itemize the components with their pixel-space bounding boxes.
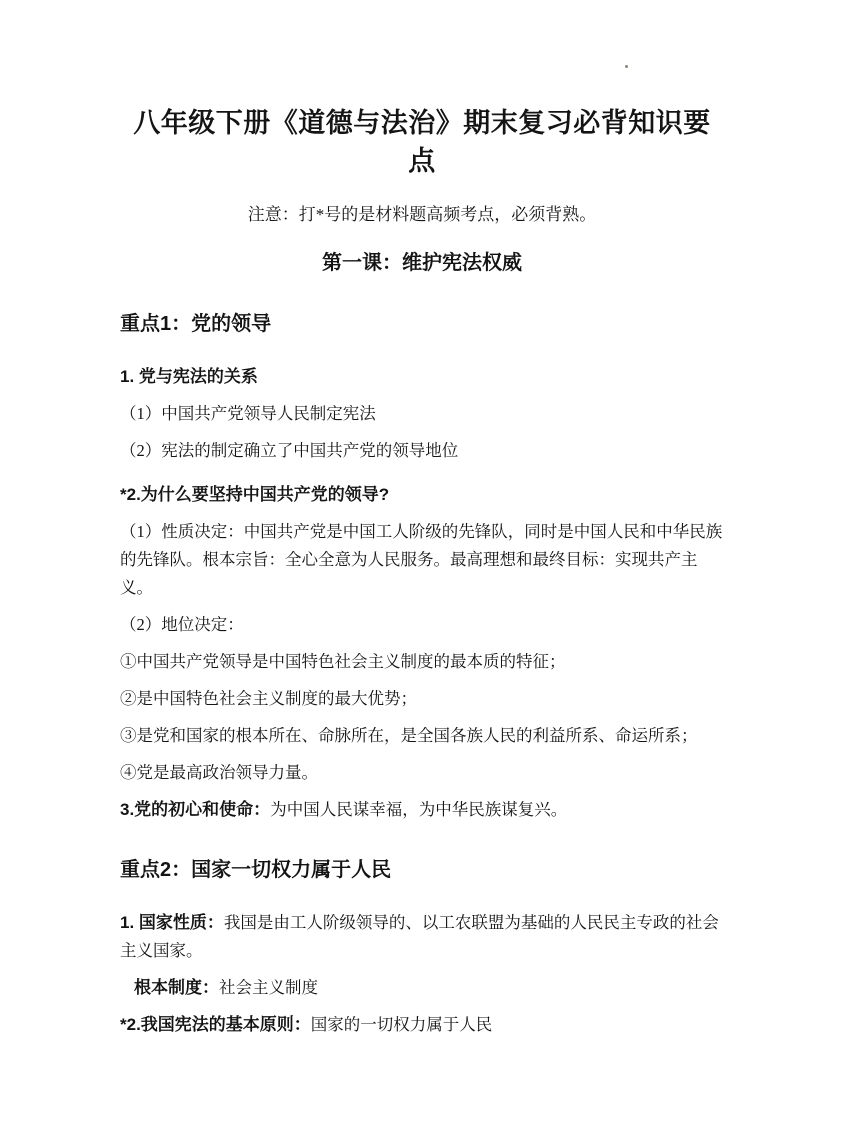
numbered-item-3: ③是党和国家的根本所在、命脉所在，是全国各族人民的利益所系、命运所系； bbox=[120, 722, 724, 750]
subheading-why-uphold-party-leadership: *2.为什么要坚持中国共产党的领导? bbox=[120, 481, 724, 509]
line-label-fundamental-system: 根本制度： bbox=[134, 978, 219, 997]
labeled-line-basic-principle: *2.我国宪法的基本原则：国家的一切权力属于人民 bbox=[120, 1011, 724, 1039]
line-label-state-nature: 1. 国家性质： bbox=[120, 913, 224, 932]
line-label-party-mission: 3.党的初心和使命： bbox=[120, 800, 270, 819]
line-text-basic-principle: 国家的一切权力属于人民 bbox=[311, 1015, 493, 1034]
subheading-party-constitution-relation: 1. 党与宪法的关系 bbox=[120, 363, 724, 391]
line-label-basic-principle: *2.我国宪法的基本原则： bbox=[120, 1015, 311, 1034]
line-text-fundamental-system: 社会主义制度 bbox=[219, 978, 318, 997]
body-line-status-decides: （2）地位决定： bbox=[120, 611, 724, 639]
stray-dot-mark bbox=[625, 65, 628, 68]
document-page: 八年级下册《道德与法治》期末复习必背知识要点 注意：打*号的是材料题高频考点，必… bbox=[0, 0, 842, 1136]
keypoint-1-heading: 重点1：党的领导 bbox=[120, 310, 724, 339]
notice-line: 注意：打*号的是材料题高频考点，必须背熟。 bbox=[120, 202, 724, 227]
numbered-item-2: ②是中国特色社会主义制度的最大优势； bbox=[120, 685, 724, 713]
body-line-constitution-establishes-leadership: （2）宪法的制定确立了中国共产党的领导地位 bbox=[120, 437, 724, 465]
line-text-party-mission: 为中国人民谋幸福，为中华民族谋复兴。 bbox=[270, 800, 567, 819]
labeled-line-state-nature: 1. 国家性质：我国是由工人阶级领导的、以工农联盟为基础的人民民主专政的社会主义… bbox=[120, 909, 724, 965]
document-content: 八年级下册《道德与法治》期末复习必背知识要点 注意：打*号的是材料题高频考点，必… bbox=[0, 0, 842, 1039]
section-keypoint-2: 重点2：国家一切权力属于人民 1. 国家性质：我国是由工人阶级领导的、以工农联盟… bbox=[120, 856, 724, 1039]
body-paragraph-nature-decides: （1）性质决定：中国共产党是中国工人阶级的先锋队，同时是中国人民和中华民族的先锋… bbox=[120, 518, 724, 602]
lesson-heading: 第一课：维护宪法权威 bbox=[120, 249, 724, 278]
keypoint-2-heading: 重点2：国家一切权力属于人民 bbox=[120, 856, 724, 885]
numbered-item-4: ④党是最高政治领导力量。 bbox=[120, 759, 724, 787]
labeled-line-fundamental-system: 根本制度：社会主义制度 bbox=[120, 974, 724, 1002]
document-title: 八年级下册《道德与法治》期末复习必背知识要点 bbox=[120, 104, 724, 180]
labeled-line-party-mission: 3.党的初心和使命：为中国人民谋幸福，为中华民族谋复兴。 bbox=[120, 796, 724, 824]
section-keypoint-1: 重点1：党的领导 1. 党与宪法的关系 （1）中国共产党领导人民制定宪法 （2）… bbox=[120, 310, 724, 824]
numbered-item-1: ①中国共产党领导是中国特色社会主义制度的最本质的特征； bbox=[120, 648, 724, 676]
body-line-party-leads-constitution: （1）中国共产党领导人民制定宪法 bbox=[120, 400, 724, 428]
